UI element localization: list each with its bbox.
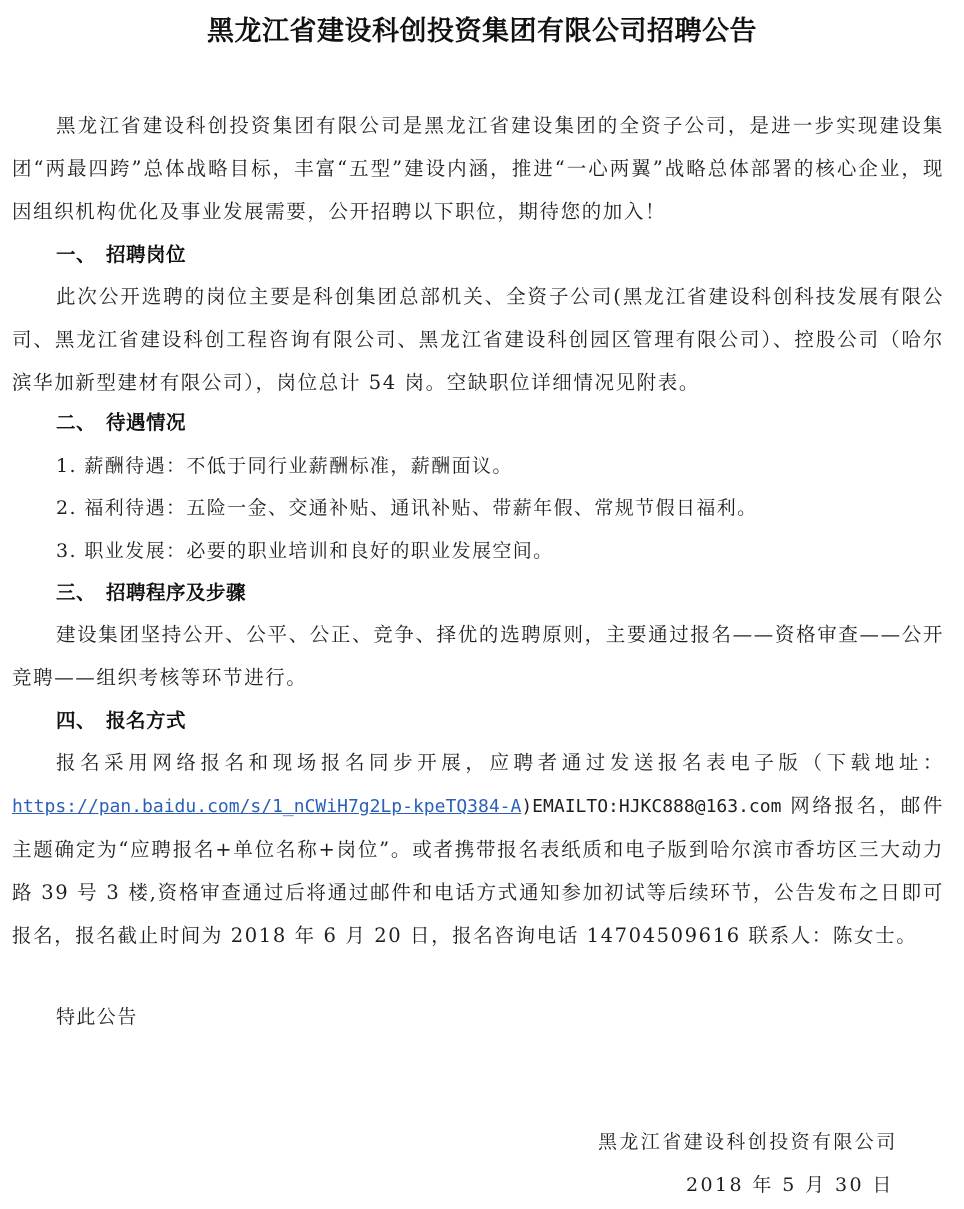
intro-paragraph: 黑龙江省建设科创投资集团有限公司是黑龙江省建设集团的全资子公司，是进一步实现建设… [12,104,944,233]
section-number: 三、 [56,578,106,608]
section-heading-benefits: 二、待遇情况 [56,408,186,438]
download-link[interactable]: https://pan.baidu.com/s/1_nCWiH7g2Lp-kpe… [12,796,521,817]
section-heading-procedure: 三、招聘程序及步骤 [56,578,246,608]
section-number: 一、 [56,240,106,270]
section-number: 二、 [56,408,106,438]
registration-paragraph: 报名采用网络报名和现场报名同步开展，应聘者通过发送报名表电子版（下载地址：htt… [12,741,944,957]
section-title: 报名方式 [106,709,186,732]
section-number: 四、 [56,706,106,736]
signature-company: 黑龙江省建设科创投资有限公司 [598,1127,898,1157]
email-text: )EMAILTO:HJKC888@163.com [521,796,781,817]
section-heading-registration: 四、报名方式 [56,706,186,736]
registration-text-part1: 报名采用网络报名和现场报名同步开展，应聘者通过发送报名表电子版（下载地址： [56,751,944,774]
benefit-item-salary: 1. 薪酬待遇：不低于同行业薪酬标准，薪酬面议。 [56,451,513,481]
page-title: 黑龙江省建设科创投资集团有限公司招聘公告 [0,12,964,52]
section-heading-positions: 一、招聘岗位 [56,240,186,270]
positions-paragraph: 此次公开选聘的岗位主要是科创集团总部机关、全资子公司(黑龙江省建设科创科技发展有… [12,275,944,404]
section-title: 招聘程序及步骤 [106,581,246,604]
section-title: 待遇情况 [106,411,186,434]
signature-date: 2018 年 5 月 30 日 [686,1170,894,1200]
announcement-page: 黑龙江省建设科创投资集团有限公司招聘公告 黑龙江省建设科创投资集团有限公司是黑龙… [0,0,964,1209]
closing-text: 特此公告 [56,1002,138,1032]
benefit-item-career: 3. 职业发展：必要的职业培训和良好的职业发展空间。 [56,536,554,566]
benefit-item-welfare: 2. 福利待遇：五险一金、交通补贴、通讯补贴、带薪年假、常规节假日福利。 [56,493,758,523]
procedure-paragraph: 建设集团坚持公开、公平、公正、竞争、择优的选聘原则，主要通过报名——资格审查——… [12,613,944,699]
section-title: 招聘岗位 [106,243,186,266]
